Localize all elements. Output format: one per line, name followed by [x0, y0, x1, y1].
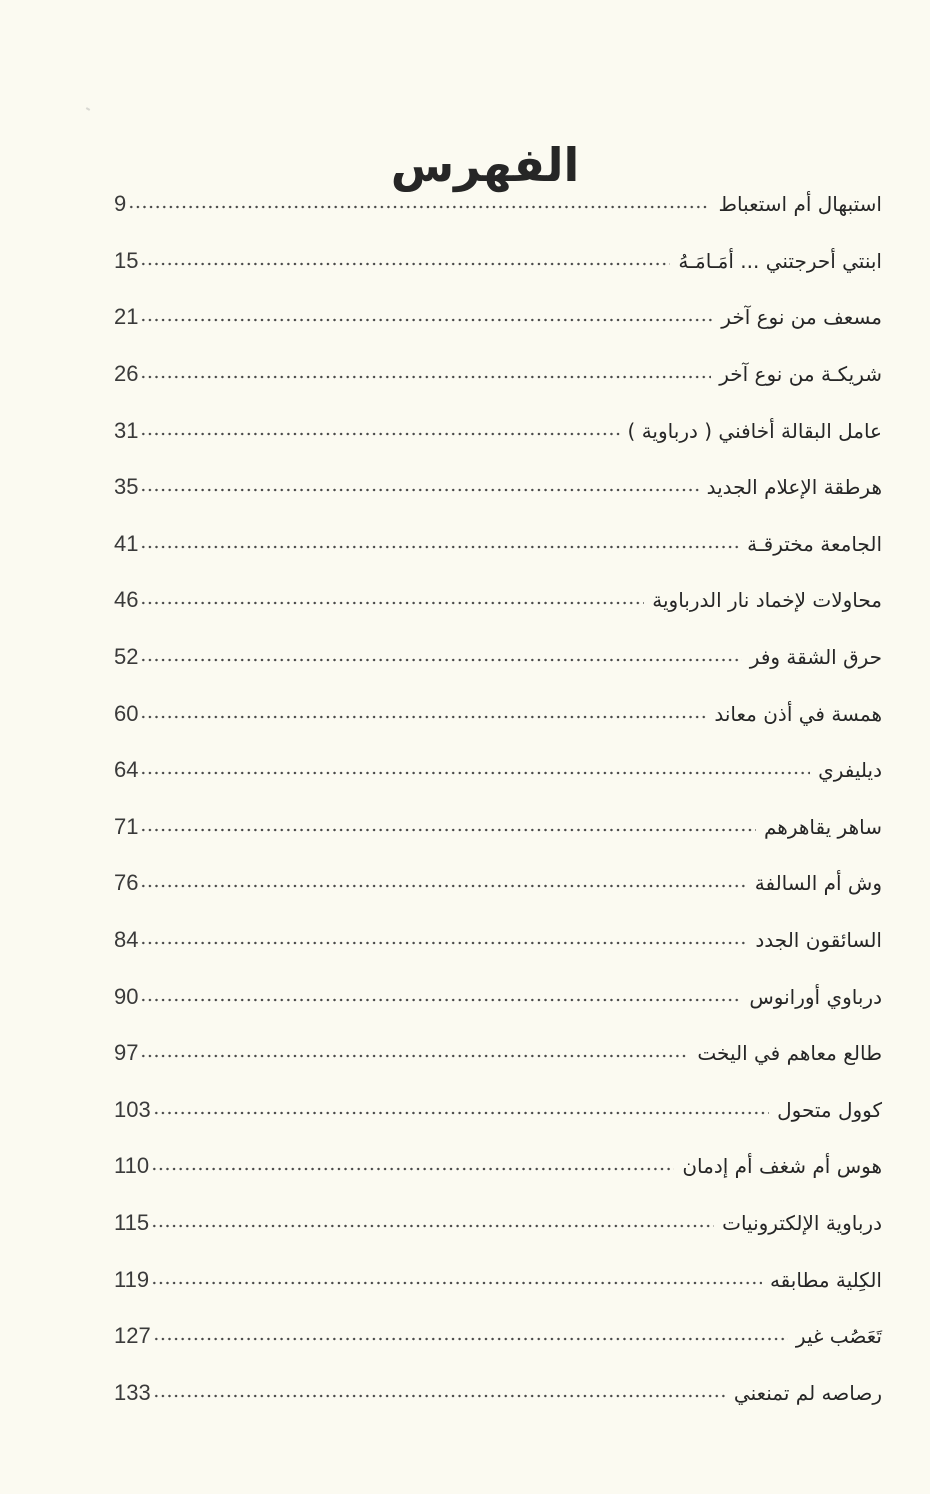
- toc-entry: 21مسعف من نوع آخر: [114, 289, 882, 346]
- toc-entry-title: وش أم السالفة: [747, 871, 882, 895]
- toc-entry: 127تَعَصُب غير: [114, 1308, 882, 1365]
- dot-leader: [140, 649, 741, 671]
- toc-page-number: 103: [114, 1097, 153, 1123]
- toc-page-number: 9: [114, 191, 128, 217]
- toc-entry-title: رصاصه لم تمنعني: [726, 1381, 882, 1405]
- toc-entry-title: درباوي أورانوس: [741, 985, 882, 1009]
- toc-entry-title: درباوية الإلكترونيات: [714, 1211, 882, 1235]
- dot-leader: [128, 196, 710, 218]
- dot-leader: [140, 819, 756, 841]
- toc-entry: 35هرطقة الإعلام الجديد: [114, 459, 882, 516]
- toc-entry-title: السائقون الجدد: [747, 928, 882, 952]
- dot-leader: [140, 762, 810, 784]
- toc-page-number: 21: [114, 304, 140, 330]
- toc-entry-title: هرطقة الإعلام الجديد: [699, 475, 882, 499]
- dot-leader: [140, 253, 670, 275]
- toc-entry-title: ابنتي أحرجتني ... أمَـامَـهُ: [670, 249, 882, 273]
- toc-entry-title: طالع معاهم في اليخت: [689, 1041, 882, 1065]
- toc-page-number: 119: [114, 1267, 151, 1293]
- dot-leader: [140, 932, 747, 954]
- toc-entry-title: تَعَصُب غير: [788, 1324, 882, 1348]
- dot-leader: [140, 592, 644, 614]
- toc-page-number: 41: [114, 531, 140, 557]
- toc-entry: 41الجامعة مخترقـة: [114, 516, 882, 573]
- toc-entry: 64ديليفري: [114, 742, 882, 799]
- toc-entry: 133رصاصه لم تمنعني: [114, 1364, 882, 1421]
- toc-entry: 119الكِلية مطابقه: [114, 1251, 882, 1308]
- dot-leader: [140, 309, 713, 331]
- toc-entry-title: حرق الشقة وفر: [742, 645, 882, 669]
- book-page: الفهرس 9استبهال أم استعباط15ابنتي أحرجتن…: [0, 0, 930, 1494]
- dot-leader: [151, 1158, 674, 1180]
- toc-entry: 97طالع معاهم في اليخت: [114, 1025, 882, 1082]
- toc-entry-title: الجامعة مخترقـة: [739, 532, 882, 556]
- toc-entry: 26شريكـة من نوع آخر: [114, 346, 882, 403]
- table-of-contents: 9استبهال أم استعباط15ابنتي أحرجتني ... أ…: [114, 176, 882, 1421]
- toc-entry: 46محاولات لإخماد نار الدرباوية: [114, 572, 882, 629]
- dot-leader: [140, 366, 711, 388]
- toc-page-number: 52: [114, 644, 140, 670]
- dot-leader: [140, 536, 739, 558]
- dot-leader: [140, 423, 619, 445]
- toc-page-number: 31: [114, 418, 140, 444]
- toc-entry: 9استبهال أم استعباط: [114, 176, 882, 233]
- toc-page-number: 127: [114, 1323, 153, 1349]
- toc-entry-title: مسعف من نوع آخر: [713, 305, 882, 329]
- toc-page-number: 115: [114, 1210, 151, 1236]
- toc-entry: 15ابنتي أحرجتني ... أمَـامَـهُ: [114, 233, 882, 290]
- dot-leader: [140, 479, 698, 501]
- toc-entry-title: عامل البقالة أخافني ( درباوية ): [620, 419, 882, 443]
- dot-leader: [140, 1045, 689, 1067]
- toc-entry-title: الكِلية مطابقه: [762, 1268, 882, 1292]
- toc-entry-title: محاولات لإخماد نار الدرباوية: [644, 588, 882, 612]
- toc-entry-title: شريكـة من نوع آخر: [711, 362, 882, 386]
- dot-leader: [140, 706, 706, 728]
- toc-page-number: 84: [114, 927, 140, 953]
- toc-entry-title: ديليفري: [810, 758, 882, 782]
- toc-entry: 90درباوي أورانوس: [114, 968, 882, 1025]
- toc-entry-title: استبهال أم استعباط: [710, 192, 882, 216]
- toc-entry-title: ساهر يقاهرهم: [756, 815, 882, 839]
- toc-page-number: 110: [114, 1153, 151, 1179]
- toc-page-number: 133: [114, 1380, 153, 1406]
- toc-entry: 84السائقون الجدد: [114, 912, 882, 969]
- dot-leader: [153, 1328, 788, 1350]
- toc-entry: 110هوس أم شغف أم إدمان: [114, 1138, 882, 1195]
- toc-page-number: 60: [114, 701, 140, 727]
- toc-entry: 103كوول متحول: [114, 1082, 882, 1139]
- toc-page-number: 90: [114, 984, 140, 1010]
- toc-page-number: 46: [114, 587, 140, 613]
- toc-entry: 31عامل البقالة أخافني ( درباوية ): [114, 402, 882, 459]
- toc-entry-title: هوس أم شغف أم إدمان: [674, 1154, 882, 1178]
- toc-page-number: 64: [114, 757, 140, 783]
- toc-page-number: 26: [114, 361, 140, 387]
- toc-page-number: 35: [114, 474, 140, 500]
- toc-page-number: 15: [114, 248, 140, 274]
- toc-entry-title: كوول متحول: [769, 1098, 882, 1122]
- toc-entry-title: همسة في أذن معاند: [706, 702, 882, 726]
- dot-leader: [140, 875, 746, 897]
- dot-leader: [140, 989, 741, 1011]
- toc-entry: 60همسة في أذن معاند: [114, 685, 882, 742]
- dot-leader: [153, 1102, 769, 1124]
- toc-entry: 115درباوية الإلكترونيات: [114, 1195, 882, 1252]
- scan-speck: [86, 107, 90, 111]
- toc-page-number: 76: [114, 870, 140, 896]
- toc-entry: 76وش أم السالفة: [114, 855, 882, 912]
- toc-entry: 52حرق الشقة وفر: [114, 629, 882, 686]
- dot-leader: [153, 1385, 726, 1407]
- toc-page-number: 71: [114, 814, 140, 840]
- toc-page-number: 97: [114, 1040, 140, 1066]
- dot-leader: [151, 1215, 714, 1237]
- toc-entry: 71ساهر يقاهرهم: [114, 799, 882, 856]
- dot-leader: [151, 1272, 762, 1294]
